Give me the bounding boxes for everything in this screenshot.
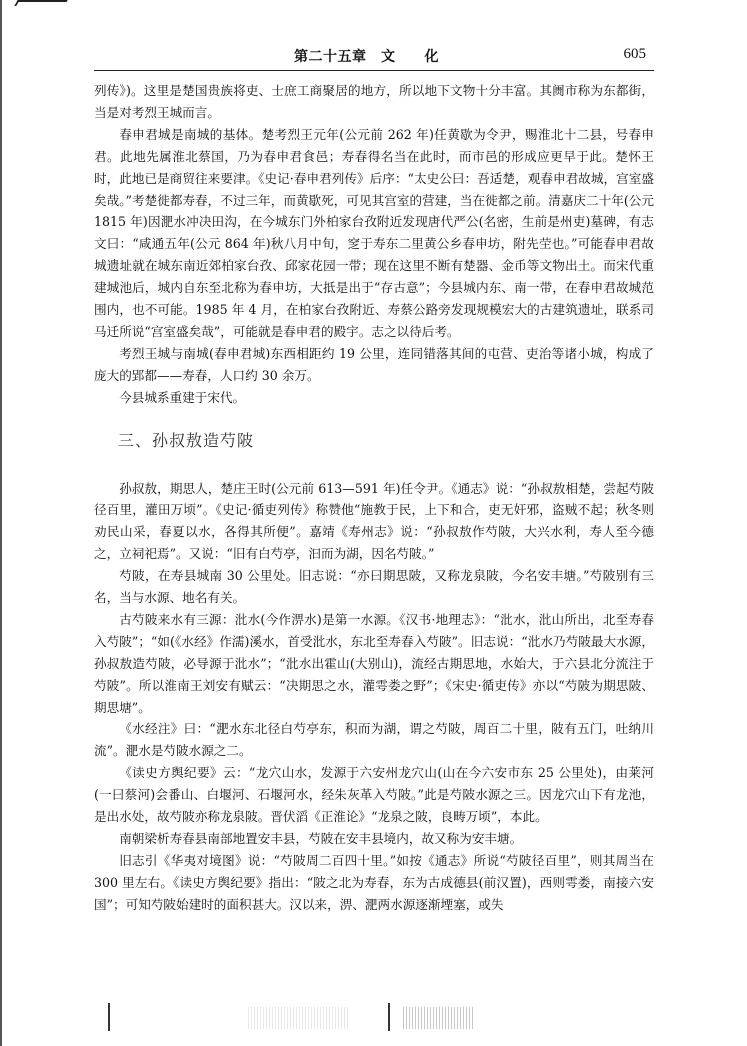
scan-noise (403, 1007, 473, 1029)
running-header: 第二十五章 文 化 605 (94, 44, 654, 68)
chapter-title: 第二十五章 文 化 (294, 46, 439, 66)
paragraph: 列传》)。这里是楚国贵族将吏、士庶工商聚居的地方，所以地下文物十分丰富。其阓市称… (94, 80, 654, 124)
section-heading: 三、孙叔敖造芍陂 (118, 430, 654, 452)
scan-noise-footer (108, 1003, 668, 1033)
paragraph: 南朝梁析寿春县南部地置安丰县，芍陂在安丰县境内，故又称为安丰塘。 (94, 828, 654, 850)
page-number: 605 (624, 46, 647, 63)
paragraph: 旧志引《华夷对境图》说：“芍陂周二百四十里。”如按《通志》所说“芍陂径百里”，则… (94, 850, 654, 916)
scan-noise (248, 1007, 348, 1029)
paragraph: 今县城系重建于宋代。 (94, 387, 654, 409)
paragraph: 古芍陂来水有三源：沘水(今作淠水)是第一水源。《汉书·地理志》：“沘水，沘山所出… (94, 609, 654, 719)
scan-mark (108, 1003, 110, 1031)
paragraph: 《读史方舆纪要》云：“龙穴山水，发源于六安州龙穴山(山在今六安市东 25 公里处… (94, 762, 654, 828)
paragraph: 春申君城是南城的基体。楚考烈王元年(公元前 262 年)任黄歇为令尹，赐淮北十二… (94, 124, 654, 343)
paragraph: 芍陂，在寿县城南 30 公里处。旧志说：“亦曰期思陂，又称龙泉陂，今名安丰塘。”… (94, 565, 654, 609)
paragraph: 《水经注》曰：“淝水东北径白芍亭东，积而为湖，谓之芍陂，周百二十里，陂有五门，吐… (94, 718, 654, 762)
scan-corner-mark (14, 0, 67, 6)
paragraph: 孙叔敖，期思人，楚庄王时(公元前 613—591 年)任令尹。《通志》说：“孙叔… (94, 478, 654, 566)
scan-mark (388, 1003, 390, 1031)
paragraph: 考烈王城与南城(春申君城)东西相距约 19 公里，连同错落其间的屯营、吏治等诸小… (94, 343, 654, 387)
header-rule (94, 70, 654, 71)
scan-left-edge (0, 0, 2, 1046)
page-body: 列传》)。这里是楚国贵族将吏、士庶工商聚居的地方，所以地下文物十分丰富。其阓市称… (94, 80, 654, 916)
